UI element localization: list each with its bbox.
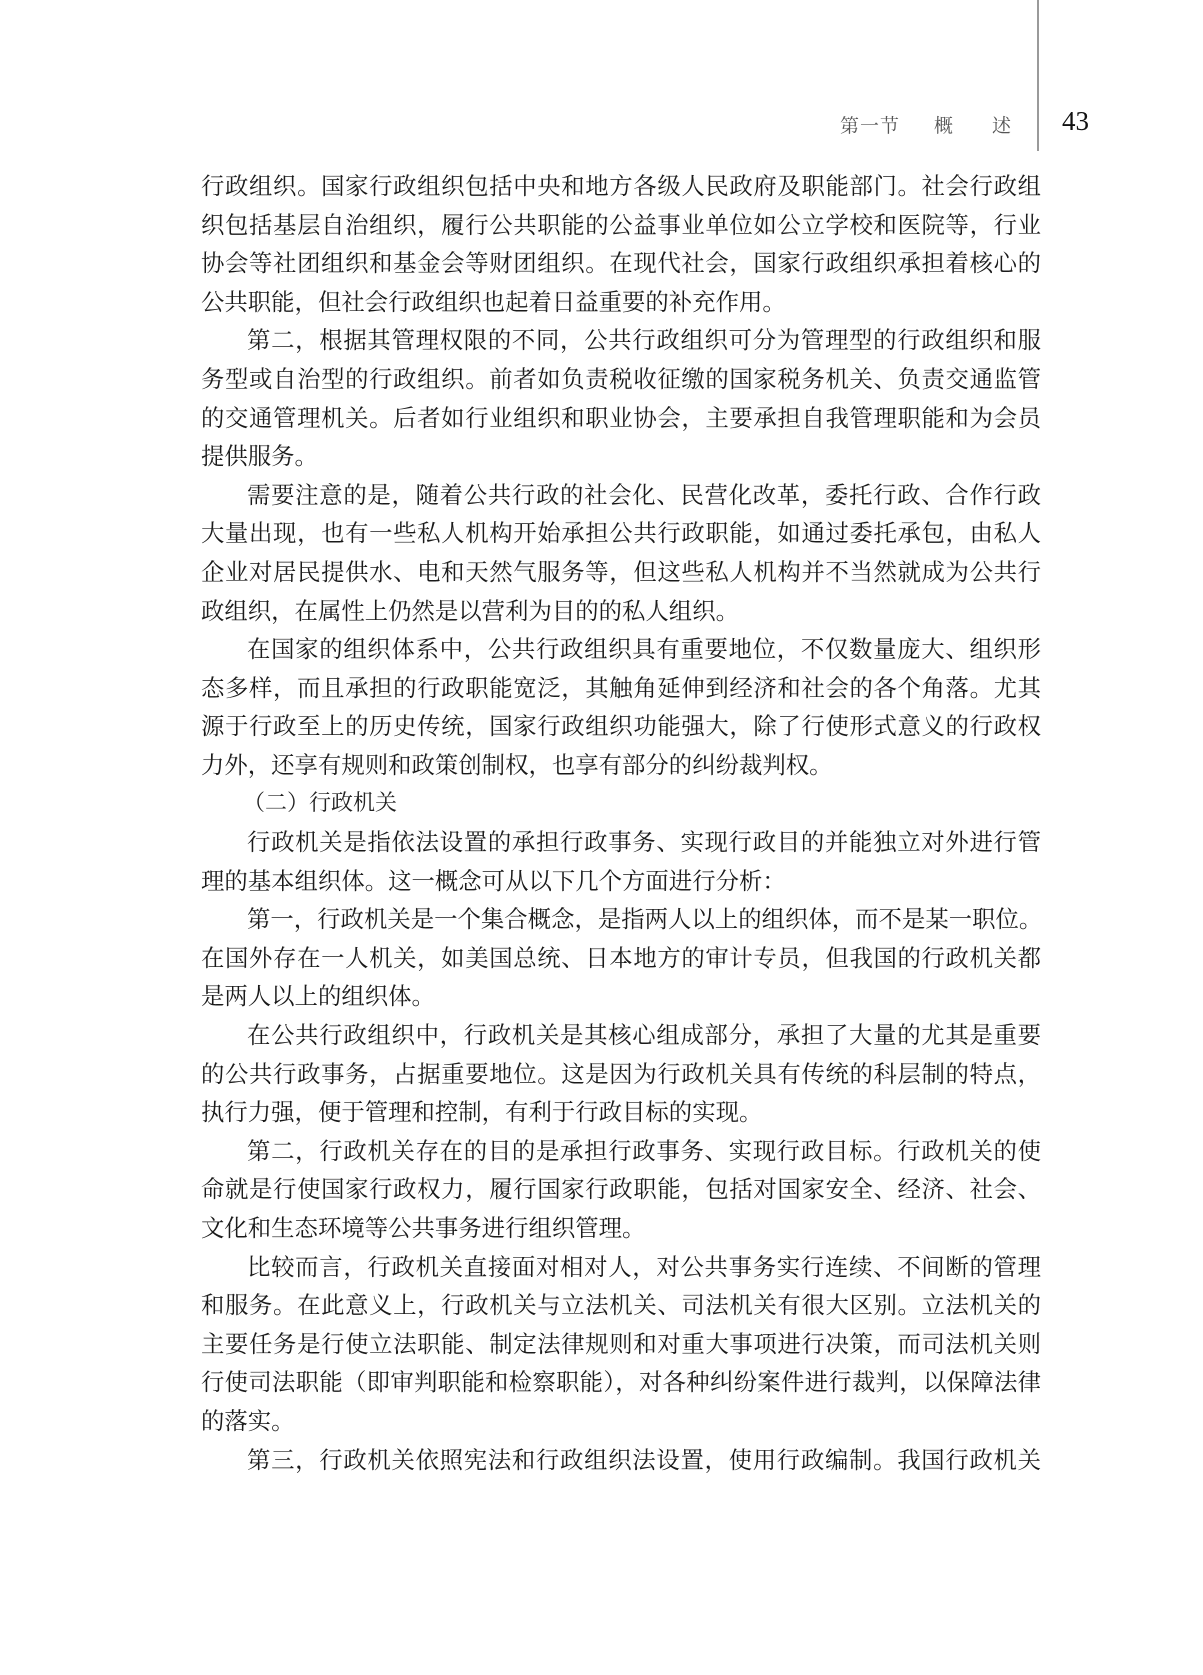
- page-number: 43: [1062, 106, 1089, 137]
- text-line: 的落实。: [201, 1402, 1041, 1441]
- paragraph-first-line: 在公共行政组织中，行政机关是其核心组成部分，承担了大量的尤其是重要: [201, 1016, 1041, 1055]
- text-line: 在国外存在一人机关，如美国总统、日本地方的审计专员，但我国的行政机关都: [201, 939, 1041, 978]
- text-line: 理的基本组织体。这一概念可从以下几个方面进行分析：: [201, 862, 1041, 901]
- text-line: 行政组织。国家行政组织包括中央和地方各级人民政府及职能部门。社会行政组: [201, 167, 1041, 206]
- text-line: 执行力强，便于管理和控制，有利于行政目标的实现。: [201, 1093, 1041, 1132]
- text-line: 源于行政至上的历史传统，国家行政组织功能强大，除了行使形式意义的行政权: [201, 707, 1041, 746]
- subsection-heading: （二）行政机关: [201, 785, 1041, 824]
- paragraph-first-line: 行政机关是指依法设置的承担行政事务、实现行政目的并能独立对外进行管: [201, 823, 1041, 862]
- running-head: 第一节 概 述: [840, 111, 1020, 141]
- page-body: 行政组织。国家行政组织包括中央和地方各级人民政府及职能部门。社会行政组 织包括基…: [201, 167, 1041, 1479]
- text-line: 大量出现，也有一些私人机构开始承担公共行政职能，如通过委托承包，由私人: [201, 514, 1041, 553]
- text-line: 务型或自治型的行政组织。前者如负责税收征缴的国家税务机关、负责交通监管: [201, 360, 1041, 399]
- paragraph-first-line: 第二，根据其管理权限的不同，公共行政组织可分为管理型的行政组织和服: [201, 321, 1041, 360]
- paragraph-first-line: 第一，行政机关是一个集合概念，是指两人以上的组织体，而不是某一职位。: [201, 900, 1041, 939]
- section-title-char-1: 概: [934, 111, 954, 138]
- text-line: 是两人以上的组织体。: [201, 977, 1041, 1016]
- text-line: 企业对居民提供水、电和天然气服务等，但这些私人机构并不当然就成为公共行: [201, 553, 1041, 592]
- section-label: 第一节: [840, 111, 900, 138]
- paragraph-first-line: 比较而言，行政机关直接面对相对人，对公共事务实行连续、不间断的管理: [201, 1248, 1041, 1287]
- paragraph-first-line: 第三，行政机关依照宪法和行政组织法设置，使用行政编制。我国行政机关: [201, 1441, 1041, 1480]
- text-line: 命就是行使国家行政权力，履行国家行政职能，包括对国家安全、经济、社会、: [201, 1170, 1041, 1209]
- text-line: 公共职能，但社会行政组织也起着日益重要的补充作用。: [201, 283, 1041, 322]
- text-line: 的公共行政事务，占据重要地位。这是因为行政机关具有传统的科层制的特点，: [201, 1055, 1041, 1094]
- paragraph-first-line: 第二，行政机关存在的目的是承担行政事务、实现行政目标。行政机关的使: [201, 1132, 1041, 1171]
- text-line: 提供服务。: [201, 437, 1041, 476]
- header-vertical-rule: [1037, 0, 1039, 151]
- text-line: 行使司法职能（即审判职能和检察职能），对各种纠纷案件进行裁判，以保障法律: [201, 1363, 1041, 1402]
- section-title-char-2: 述: [992, 111, 1012, 138]
- text-line: 力外，还享有规则和政策创制权，也享有部分的纠纷裁判权。: [201, 746, 1041, 785]
- paragraph-first-line: 需要注意的是，随着公共行政的社会化、民营化改革，委托行政、合作行政: [201, 476, 1041, 515]
- text-line: 织包括基层自治组织，履行公共职能的公益事业单位如公立学校和医院等，行业: [201, 206, 1041, 245]
- text-line: 的交通管理机关。后者如行业组织和职业协会，主要承担自我管理职能和为会员: [201, 399, 1041, 438]
- text-line: 和服务。在此意义上，行政机关与立法机关、司法机关有很大区别。立法机关的: [201, 1286, 1041, 1325]
- text-line: 协会等社团组织和基金会等财团组织。在现代社会，国家行政组织承担着核心的: [201, 244, 1041, 283]
- text-line: 政组织，在属性上仍然是以营利为目的的私人组织。: [201, 592, 1041, 631]
- text-line: 主要任务是行使立法职能、制定法律规则和对重大事项进行决策，而司法机关则: [201, 1325, 1041, 1364]
- text-line: 态多样，而且承担的行政职能宽泛，其触角延伸到经济和社会的各个角落。尤其: [201, 669, 1041, 708]
- paragraph-first-line: 在国家的组织体系中，公共行政组织具有重要地位，不仅数量庞大、组织形: [201, 630, 1041, 669]
- text-line: 文化和生态环境等公共事务进行组织管理。: [201, 1209, 1041, 1248]
